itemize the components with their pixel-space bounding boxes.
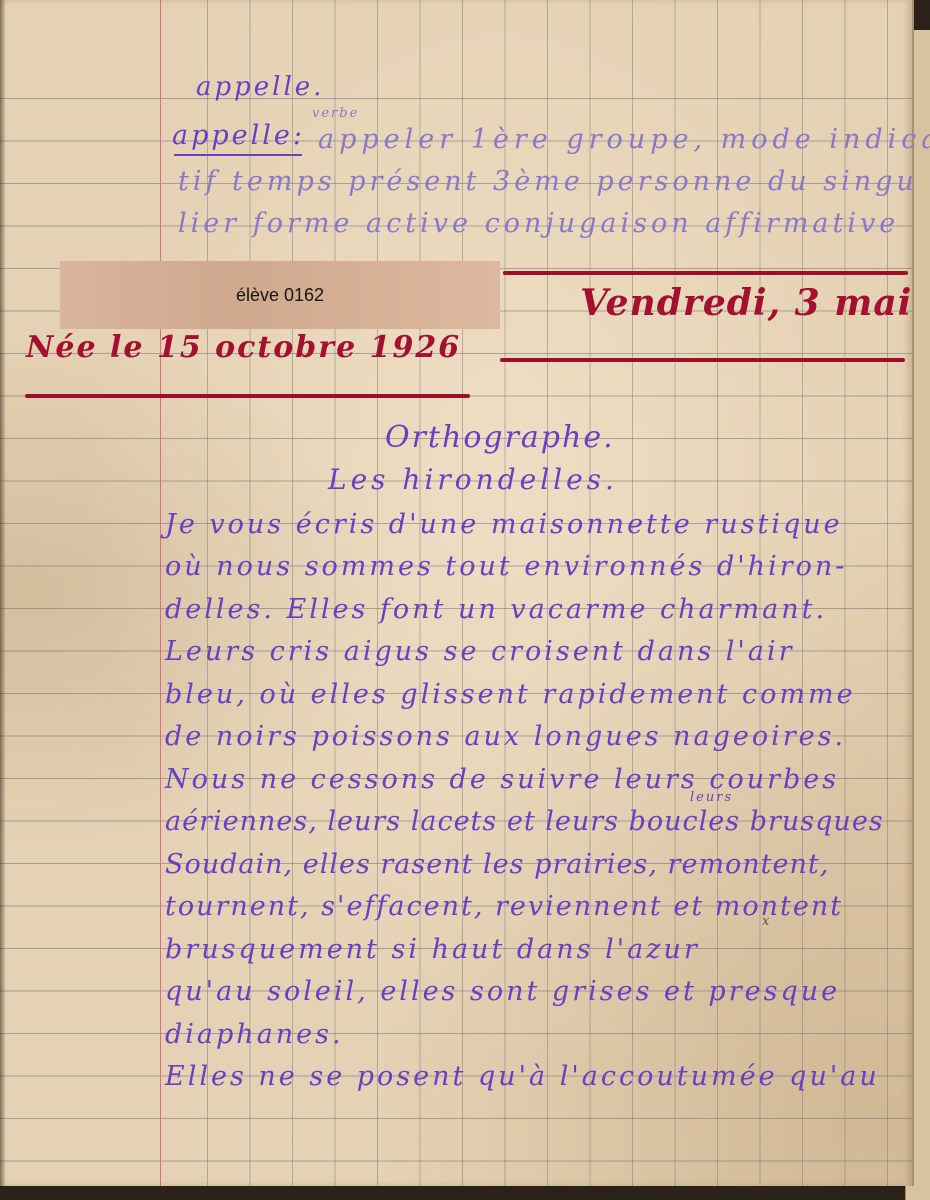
dictation-line-10: tournent, s'effacent, reviennent et mont… [165, 891, 843, 922]
binding-shadow [0, 0, 6, 1186]
dictation-line-14: Elles ne se posent qu'à l'accoutumée qu'… [165, 1061, 880, 1092]
analysis-term: appelle: [172, 120, 305, 151]
date-top-rule [503, 271, 908, 275]
dictation-line-9: Soudain, elles rasent les prairies, remo… [165, 849, 829, 880]
birth-note-rule [25, 394, 470, 398]
student-id-label: élève 0162 [236, 285, 324, 306]
dictation-line-5: bleu, où elles glissent rapidement comme [165, 679, 856, 710]
date-heading: Vendredi, 3 mai [580, 282, 912, 324]
correction-azur-mark: x [762, 914, 771, 929]
analysis-word-line: appelle. [196, 72, 324, 102]
dictation-line-4: Leurs cris aigus se croisent dans l'air [165, 636, 795, 667]
red-margin-line [160, 0, 161, 1186]
analysis-term-underline [174, 154, 302, 156]
analysis-line-1: appeler 1ère groupe, mode indica [318, 124, 930, 155]
dictation-title: Les hirondelles. [328, 463, 618, 496]
dictation-line-7: Nous ne cessons de suivre leurs courbes [165, 764, 839, 795]
dictation-line-11: brusquement si haut dans l'azur [165, 934, 700, 965]
dictation-line-8: aériennes, leurs lacets et leurs boucles… [165, 806, 884, 837]
dictation-line-6: de noirs poissons aux longues nageoires. [165, 721, 846, 752]
correction-leurs: leurs [690, 790, 733, 805]
analysis-term-word: appelle [172, 120, 293, 151]
annotation-verbe: verbe [312, 106, 359, 121]
analysis-colon: : [293, 120, 305, 151]
dictation-line-13: diaphanes. [165, 1019, 344, 1050]
dictation-line-12: qu'au soleil, elles sont grises et presq… [165, 976, 840, 1007]
anonymization-label: élève 0162 [60, 261, 500, 329]
analysis-line-2: tif temps présent 3ème personne du singu [178, 166, 918, 197]
dictation-line-2: où nous sommes tout environnés d'hiron- [165, 551, 847, 582]
date-bottom-rule [500, 358, 905, 362]
notebook-page: appelle. verbe appelle: appeler 1ère gro… [0, 0, 914, 1186]
dictation-line-3: delles. Elles font un vacarme charmant. [165, 594, 827, 625]
birth-note: Née le 15 octobre 1926 [26, 330, 461, 365]
dictation-line-1: Je vous écris d'une maisonnette rustique [165, 509, 843, 540]
dictation-subject: Orthographe. [385, 420, 615, 455]
analysis-line-3: lier forme active conjugaison affirmativ… [178, 208, 899, 239]
